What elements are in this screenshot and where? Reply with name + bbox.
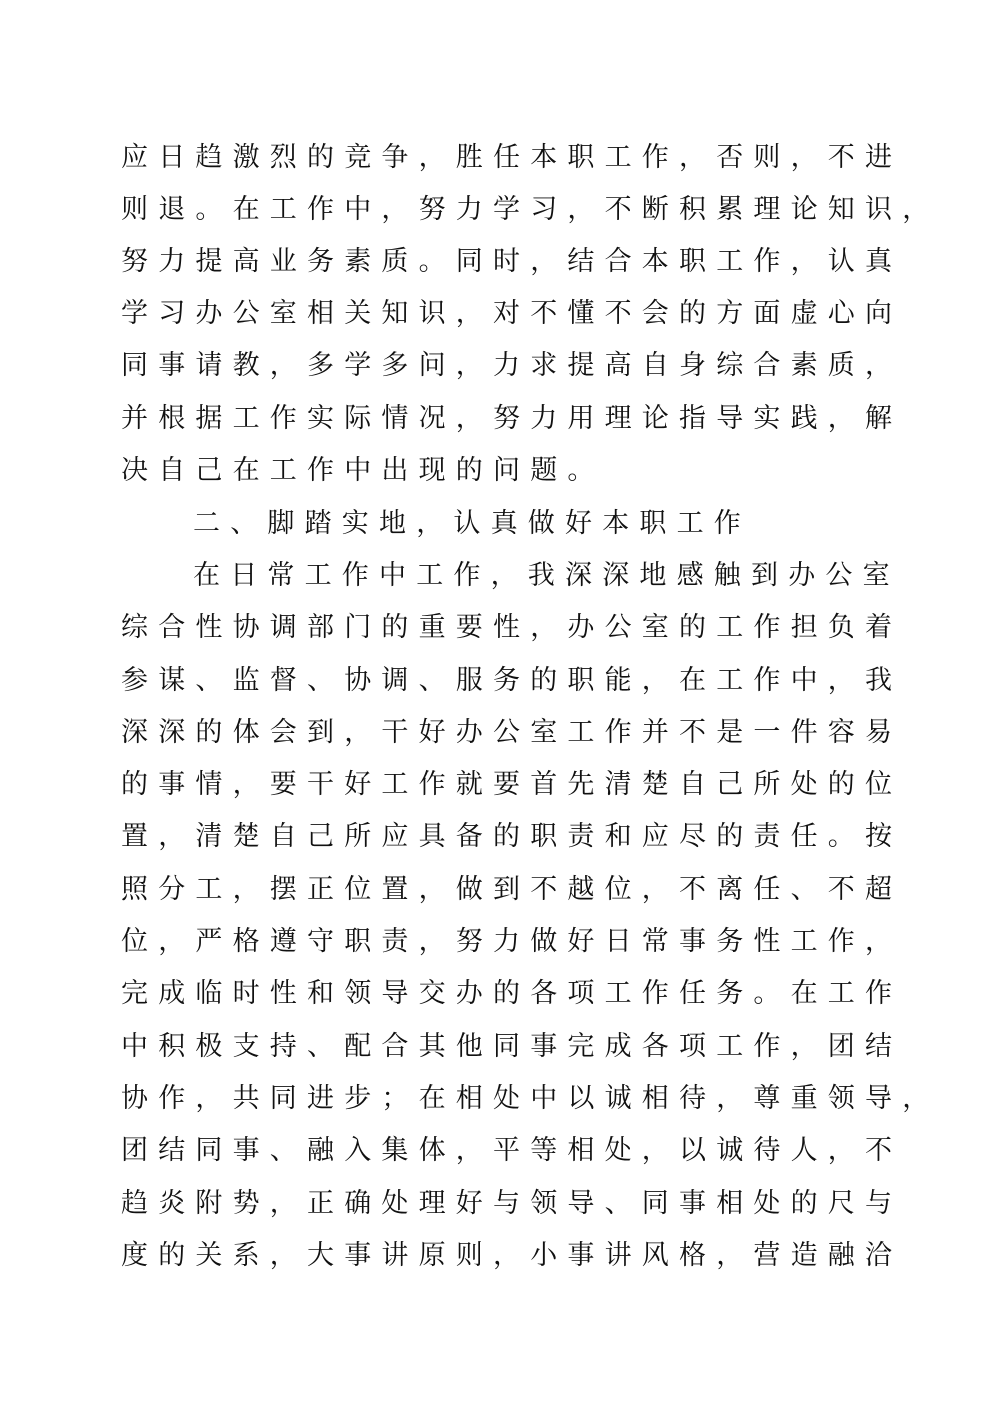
- text-line: 努力提高业务素质。同时，结合本职工作，认真: [121, 236, 902, 288]
- text-line: 趋炎附势，正确处理好与领导、同事相处的尺与: [121, 1178, 902, 1230]
- text-line: 并根据工作实际情况，努力用理论指导实践，解: [121, 393, 902, 445]
- text-line: 中积极支持、配合其他同事完成各项工作，团结: [121, 1021, 902, 1073]
- text-line: 深深的体会到，干好办公室工作并不是一件容易: [121, 707, 902, 759]
- text-line: 置，清楚自己所应具备的职责和应尽的责任。按: [121, 811, 902, 863]
- text-line: 协作，共同进步；在相处中以诚相待，尊重领导，: [121, 1073, 939, 1125]
- text-line: 参谋、监督、协调、服务的职能，在工作中，我: [121, 655, 902, 707]
- text-line: 度的关系，大事讲原则，小事讲风格，营造融洽: [121, 1230, 902, 1282]
- section-heading: 二、脚踏实地，认真做好本职工作: [193, 498, 751, 550]
- text-line: 团结同事、融入集体，平等相处，以诚待人，不: [121, 1125, 902, 1177]
- text-line: 则退。在工作中，努力学习，不断积累理论知识，: [121, 184, 939, 236]
- text-line: 完成临时性和领导交办的各项工作任务。在工作: [121, 968, 902, 1020]
- text-line: 的事情，要干好工作就要首先清楚自己所处的位: [121, 759, 902, 811]
- text-line: 同事请教，多学多问，力求提高自身综合素质，: [121, 340, 902, 392]
- paragraph-first-line: 在日常工作中工作，我深深地感触到办公室: [193, 550, 900, 602]
- text-line: 照分工，摆正位置，做到不越位，不离任、不超: [121, 864, 902, 916]
- text-line: 决自己在工作中出现的问题。: [121, 445, 605, 497]
- text-line: 应日趋激烈的竞争，胜任本职工作，否则，不进: [121, 132, 902, 184]
- text-line: 综合性协调部门的重要性，办公室的工作担负着: [121, 602, 902, 654]
- document-page: 应日趋激烈的竞争，胜任本职工作，否则，不进 则退。在工作中，努力学习，不断积累理…: [0, 0, 1000, 1415]
- text-line: 位，严格遵守职责，努力做好日常事务性工作，: [121, 916, 902, 968]
- text-line: 学习办公室相关知识，对不懂不会的方面虚心向: [121, 288, 902, 340]
